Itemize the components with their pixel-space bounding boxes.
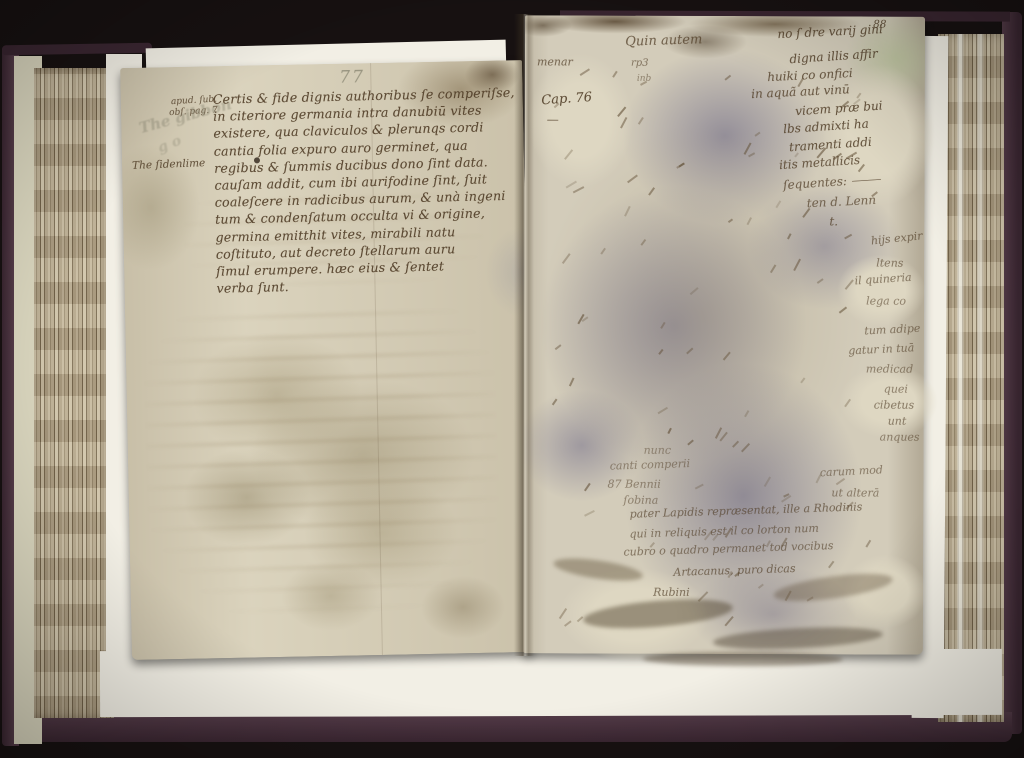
book-cover-right-edge xyxy=(1002,12,1022,734)
open-book-photograph: 77 apud. ſub.obſ. pag. 7The gibbong oThe… xyxy=(0,0,1024,758)
text-fragment: t. xyxy=(829,214,838,228)
manuscript-right-page: 88 Quin autemno ſ dre varij ginimenarrp3… xyxy=(523,15,925,654)
text-fragment: tramenti addi xyxy=(789,135,873,154)
text-fragment: canti comperii xyxy=(610,457,691,473)
text-fragment: ſobina xyxy=(623,494,658,507)
text-fragment: Quin autem xyxy=(625,32,702,49)
text-fragment: Cap. 76 xyxy=(541,90,593,108)
text-fragment: carum mod xyxy=(820,463,884,479)
text-fragment: menar xyxy=(537,55,573,68)
text-fragment: 87 Bennii xyxy=(607,478,660,491)
right-page-stack-edge xyxy=(938,34,1004,722)
text-fragment: hijs expir xyxy=(870,229,923,247)
text-fragment: quei xyxy=(884,383,908,396)
text-fragment: tum adipe xyxy=(864,322,921,338)
text-fragment: unt xyxy=(888,415,907,428)
text-fragment: ut alterā xyxy=(831,486,879,499)
text-fragment: ltens xyxy=(876,257,903,270)
text-fragment: Artacanus, puro dicas xyxy=(673,562,795,579)
text-fragment: digna illis affir xyxy=(789,46,878,66)
text-fragment: pater Lapidis repræsentat, ille a Rhodin… xyxy=(629,500,862,520)
text-fragment: medicad xyxy=(866,362,913,375)
text-fragment: rp3 xyxy=(631,58,649,69)
text-fragment: itis metallicis xyxy=(779,153,861,172)
text-fragment: lbs admixti ha xyxy=(783,117,869,137)
text-fragment: — xyxy=(547,112,559,126)
text-fragment: qui in reliquis est il co lorton num xyxy=(629,522,819,541)
text-fragment: cibetus xyxy=(874,399,914,412)
text-fragment: nunc xyxy=(644,444,671,457)
text-fragment: vicem præ bui xyxy=(795,98,883,118)
text-fragment: ten d. Lenn xyxy=(806,193,876,210)
right-page-text-fragments: Quin autemno ſ dre varij ginimenarrp3dig… xyxy=(523,15,925,654)
left-page-stack-edge xyxy=(34,68,114,718)
text-fragment: lega co xyxy=(866,294,906,307)
text-fragment: cubro o quadro permanet tod vocibus xyxy=(623,539,833,559)
text-fragment: g o xyxy=(156,133,184,157)
text-fragment: anques xyxy=(880,431,920,444)
manuscript-left-page: 77 apud. ſub.obſ. pag. 7The gibbong oThe… xyxy=(120,60,534,660)
text-fragment: ſequentes: ⸻ xyxy=(783,170,882,193)
text-fragment: The ſidenlime xyxy=(132,157,206,172)
protective-interleaf-bottom xyxy=(100,649,1002,717)
text-fragment: no ſ dre varij gini xyxy=(777,22,883,41)
text-fragment: huiki co onfici xyxy=(767,66,853,84)
text-fragment: inb xyxy=(637,74,651,84)
text-fragment: il quineria xyxy=(854,271,912,288)
book-gutter xyxy=(514,14,534,656)
text-fragment: in aquã aut vinū xyxy=(751,82,850,101)
text-fragment: gatur in tuā xyxy=(848,341,915,357)
text-fragment: Rubini xyxy=(653,586,690,599)
left-page-text-block: Certis & fide dignis authoribus ſe compe… xyxy=(213,84,537,297)
